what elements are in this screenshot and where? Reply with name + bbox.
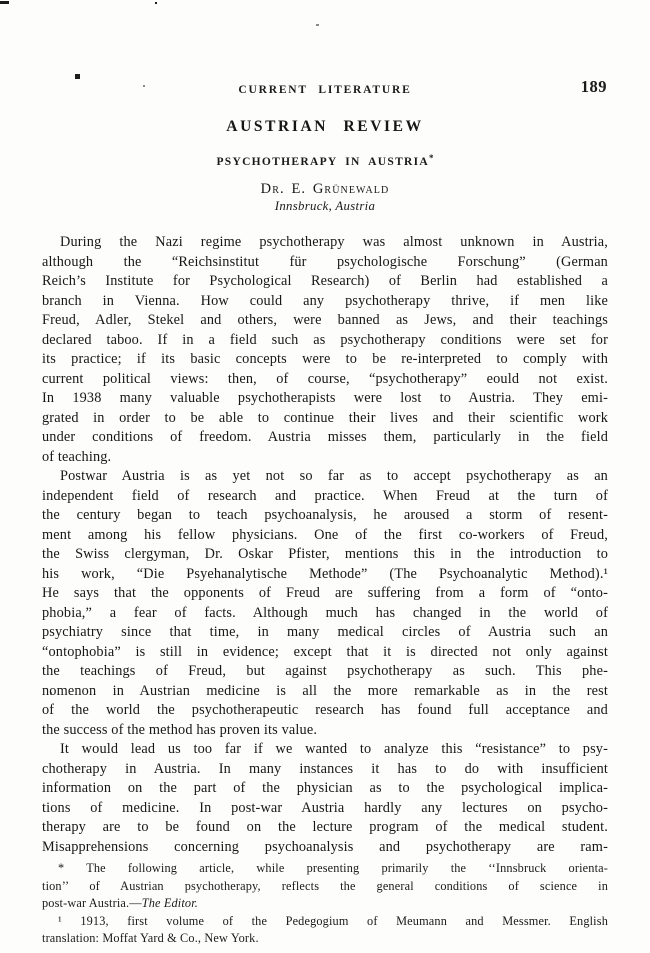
text-segment: ment among his fellow physicians. One of… <box>42 527 608 543</box>
text-line: post-war Austria.—The Editor. <box>42 895 608 913</box>
text-segment: grated in order to be able to continue t… <box>42 410 608 426</box>
text-segment: tion’’ of Austrian psychotherapy, reflec… <box>42 879 608 893</box>
text-segment: although the “Reichsinstitut für psychol… <box>42 254 608 270</box>
text-segment: independent field of research and practi… <box>42 488 608 504</box>
text-line: ¹ 1913, first volume of the Pedegogium o… <box>42 913 608 931</box>
article-body: During the Nazi regime psychotherapy was… <box>42 233 608 857</box>
text-segment: the teachings of Freud, but against psyc… <box>42 663 608 679</box>
scan-artifact <box>75 74 80 79</box>
text-segment: the Swiss clergyman, Dr. Oskar Pfister, … <box>42 546 608 562</box>
scan-artifact <box>0 1 9 4</box>
text-segment: its practice; if its basic concepts were… <box>42 351 608 367</box>
text-line: Freud, Adler, Stekel and others, were ba… <box>42 311 608 331</box>
text-line: the century began to teach psychoanalysi… <box>42 506 608 526</box>
scan-artifact <box>316 24 319 26</box>
text-segment: the century began to teach psychoanalysi… <box>42 507 608 523</box>
text-line: tion’’ of Austrian psychotherapy, reflec… <box>42 878 608 896</box>
text-segment: branch in Vienna. How could any psychoth… <box>42 293 608 309</box>
text-line: the success of the method has proven its… <box>42 721 608 741</box>
text-segment: translation: Moffat Yard & Co., New York… <box>42 931 259 945</box>
author-affiliation: Innsbruck, Austria <box>42 199 608 214</box>
text-segment: the success of the method has proven its… <box>42 722 317 738</box>
text-line: Misapprehensions concerning psychoanalys… <box>42 838 608 858</box>
article-title: PSYCHOTHERAPY IN AUSTRIA* <box>42 153 608 168</box>
text-line: of the world the psychotherapeutic resea… <box>42 701 608 721</box>
paragraph: It would lead us too far if we wanted to… <box>42 740 608 857</box>
text-segment: of teaching. <box>42 449 111 465</box>
text-segment: He says that the opponents of Freud are … <box>42 585 608 601</box>
text-segment: under conditions of freedom. Austria mis… <box>42 429 608 445</box>
author-name: Dr. E. Grünewald <box>42 181 608 198</box>
footnote-marker: * <box>429 153 434 163</box>
text-line: the teachings of Freud, but against psyc… <box>42 662 608 682</box>
text-line: In 1938 many valuable psychotherapists w… <box>42 389 608 409</box>
text-segment: In 1938 many valuable psychotherapists w… <box>42 390 608 406</box>
text-segment: current political views: then, of course… <box>42 371 608 387</box>
scanned-journal-page: CURRENT LITERATURE 189 AUSTRIAN REVIEW P… <box>0 0 650 953</box>
text-line: grated in order to be able to continue t… <box>42 409 608 429</box>
running-title: CURRENT LITERATURE <box>238 84 411 96</box>
text-line: declared taboo. If in a field such as ps… <box>42 331 608 351</box>
text-segment: Postwar Austria is as yet not so far as … <box>60 468 608 484</box>
text-segment: * The following article, while presentin… <box>58 861 608 875</box>
text-segment: psychiatry since that time, in many medi… <box>42 624 608 640</box>
text-segment: his work, “Die Psyehanalytische Methode”… <box>42 566 608 582</box>
text-line: the Swiss clergyman, Dr. Oskar Pfister, … <box>42 545 608 565</box>
italic-text-segment: The Editor. <box>142 896 198 910</box>
text-segment: phobia,” a fear of facts. Although much … <box>42 605 608 621</box>
text-line: Reich’s Institute for Psychological Rese… <box>42 272 608 292</box>
text-line: its practice; if its basic concepts were… <box>42 350 608 370</box>
text-line: Postwar Austria is as yet not so far as … <box>42 467 608 487</box>
text-line: He says that the opponents of Freud are … <box>42 584 608 604</box>
paragraph: Postwar Austria is as yet not so far as … <box>42 467 608 740</box>
text-block: CURRENT LITERATURE 189 AUSTRIAN REVIEW P… <box>42 80 608 948</box>
text-line: ment among his fellow physicians. One of… <box>42 526 608 546</box>
text-line: therapy are to be found on the lecture p… <box>42 818 608 838</box>
text-line: branch in Vienna. How could any psychoth… <box>42 292 608 312</box>
scan-artifact <box>155 2 157 4</box>
text-line: “ontophobia” is still in evidence; excep… <box>42 643 608 663</box>
text-line: under conditions of freedom. Austria mis… <box>42 428 608 448</box>
text-segment: post-war Austria.— <box>42 896 142 910</box>
text-segment: ¹ 1913, first volume of the Pedegogium o… <box>58 914 608 928</box>
text-line: his work, “Die Psyehanalytische Methode”… <box>42 565 608 585</box>
section-title: AUSTRIAN REVIEW <box>42 118 608 136</box>
text-segment: of the world the psychotherapeutic resea… <box>42 702 608 718</box>
text-segment: tions of medicine. In post-war Austria h… <box>42 800 608 816</box>
text-line: phobia,” a fear of facts. Although much … <box>42 604 608 624</box>
paragraph: During the Nazi regime psychotherapy was… <box>42 233 608 467</box>
article-title-text: PSYCHOTHERAPY IN AUSTRIA <box>216 156 429 168</box>
text-line: independent field of research and practi… <box>42 487 608 507</box>
footnote: ¹ 1913, first volume of the Pedegogium o… <box>42 913 608 948</box>
footnote: * The following article, while presentin… <box>42 860 608 913</box>
running-head: CURRENT LITERATURE 189 <box>42 80 608 98</box>
text-segment: It would lead us too far if we wanted to… <box>60 741 608 757</box>
text-segment: Freud, Adler, Stekel and others, were ba… <box>42 312 608 328</box>
text-line: chotherapy in Austria. In many instances… <box>42 760 608 780</box>
text-segment: nomenon in Austrian medicine is all the … <box>42 683 608 699</box>
text-segment: therapy are to be found on the lecture p… <box>42 819 608 835</box>
text-line: nomenon in Austrian medicine is all the … <box>42 682 608 702</box>
text-segment: Reich’s Institute for Psychological Rese… <box>42 273 608 289</box>
footnotes: * The following article, while presentin… <box>42 860 608 948</box>
text-line: information on the part of the physician… <box>42 779 608 799</box>
text-line: of teaching. <box>42 448 608 468</box>
text-segment: During the Nazi regime psychotherapy was… <box>60 234 608 250</box>
text-line: although the “Reichsinstitut für psychol… <box>42 253 608 273</box>
text-segment: Misapprehensions concerning psychoanalys… <box>42 839 608 855</box>
text-segment: chotherapy in Austria. In many instances… <box>42 761 608 777</box>
text-line: psychiatry since that time, in many medi… <box>42 623 608 643</box>
text-line: current political views: then, of course… <box>42 370 608 390</box>
text-line: translation: Moffat Yard & Co., New York… <box>42 930 608 948</box>
text-segment: declared taboo. If in a field such as ps… <box>42 332 608 348</box>
text-line: tions of medicine. In post-war Austria h… <box>42 799 608 819</box>
text-line: * The following article, while presentin… <box>42 860 608 878</box>
text-segment: “ontophobia” is still in evidence; excep… <box>42 644 608 660</box>
text-segment: information on the part of the physician… <box>42 780 608 796</box>
text-line: It would lead us too far if we wanted to… <box>42 740 608 760</box>
page-number: 189 <box>581 77 607 97</box>
text-line: During the Nazi regime psychotherapy was… <box>42 233 608 253</box>
